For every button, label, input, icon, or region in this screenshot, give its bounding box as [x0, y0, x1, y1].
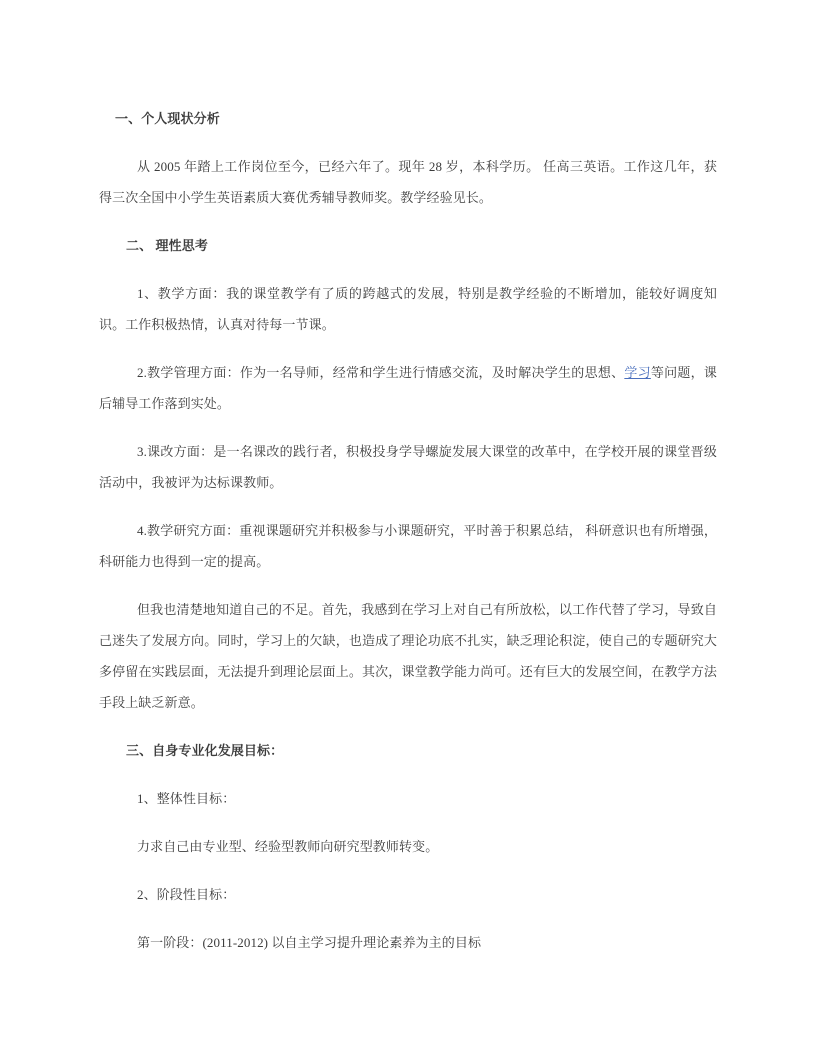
paragraph: 2、阶段性目标：: [99, 879, 717, 910]
text-run: 二、 理性思考: [126, 238, 208, 253]
text-run: 力求自己由专业型、经验型教师向研究型教师转变。: [137, 839, 438, 854]
paragraph: 4.教学研究方面：重视课题研究并积极参与小课题研究，平时善于积累总结， 科研意识…: [99, 515, 717, 577]
section-heading: 一、个人现状分析: [99, 103, 717, 134]
paragraph: 但我也清楚地知道自己的不足。首先，我感到在学习上对自己有所放松，以工作代替了学习…: [99, 594, 717, 718]
section-heading: 二、 理性思考: [99, 230, 717, 261]
document-body: 一、个人现状分析从 2005 年踏上工作岗位至今，已经六年了。现年 28 岁，本…: [0, 0, 816, 958]
text-run: 1、教学方面：我的课堂教学有了质的跨越式的发展，特别是教学经验的不断增加，能较好…: [99, 286, 717, 332]
text-run: 3.课改方面：是一名课改的践行者，积极投身学导螺旋发展大课堂的改革中，在学校开展…: [99, 444, 717, 490]
paragraph: 1、整体性目标：: [99, 783, 717, 814]
text-run: 第一阶段：(2011-2012) 以自主学习提升理论素养为主的目标: [137, 935, 481, 950]
paragraph: 3.课改方面：是一名课改的践行者，积极投身学导螺旋发展大课堂的改革中，在学校开展…: [99, 436, 717, 498]
section-heading: 三、自身专业化发展目标：: [99, 735, 717, 766]
paragraph: 2.教学管理方面：作为一名导师，经常和学生进行情感交流，及时解决学生的思想、学习…: [99, 357, 717, 419]
text-run: 2、阶段性目标：: [137, 887, 235, 902]
text-run: 但我也清楚地知道自己的不足。首先，我感到在学习上对自己有所放松，以工作代替了学习…: [99, 602, 717, 710]
paragraph: 力求自己由专业型、经验型教师向研究型教师转变。: [99, 831, 717, 862]
text-run: 从 2005 年踏上工作岗位至今，已经六年了。现年 28 岁，本科学历。 任高三…: [99, 159, 717, 205]
inline-hyperlink[interactable]: 学习: [624, 365, 651, 380]
paragraph: 1、教学方面：我的课堂教学有了质的跨越式的发展，特别是教学经验的不断增加，能较好…: [99, 278, 717, 340]
text-run: 4.教学研究方面：重视课题研究并积极参与小课题研究，平时善于积累总结， 科研意识…: [99, 523, 717, 569]
text-run: 一、个人现状分析: [115, 111, 220, 126]
text-run: 1、整体性目标：: [137, 791, 235, 806]
paragraph: 第一阶段：(2011-2012) 以自主学习提升理论素养为主的目标: [99, 927, 717, 958]
document-page: 一、个人现状分析从 2005 年踏上工作岗位至今，已经六年了。现年 28 岁，本…: [0, 0, 816, 1056]
text-run: 2.教学管理方面：作为一名导师，经常和学生进行情感交流，及时解决学生的思想、: [137, 365, 624, 380]
text-run: 三、自身专业化发展目标：: [126, 743, 283, 758]
paragraph: 从 2005 年踏上工作岗位至今，已经六年了。现年 28 岁，本科学历。 任高三…: [99, 151, 717, 213]
